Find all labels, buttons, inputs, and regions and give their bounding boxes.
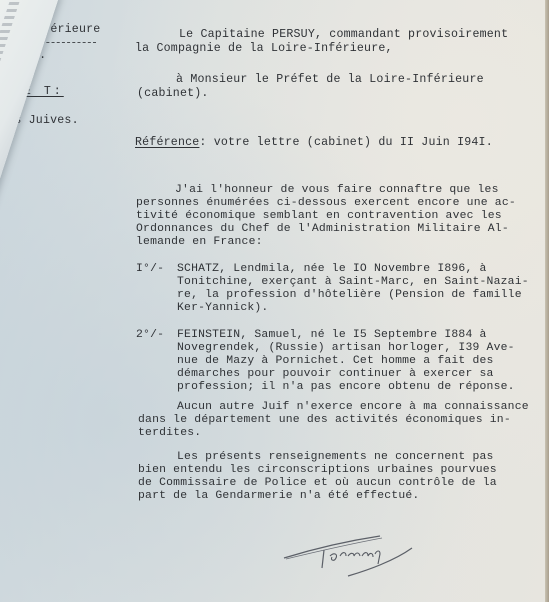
item-2-line-3: nue de Mazy à Pornichet. Cet homme a fai… [177, 355, 494, 367]
item-1-line-1: SCHATZ, Lendmila, née le IO Novembre I89… [177, 263, 487, 275]
item-1-line-2: Tonitchine, exerçant à Saint-Marc, en Sa… [177, 276, 529, 288]
item-1-number: I°/- [136, 263, 164, 275]
reference-line: Référence: votre lettre (cabinet) du II … [135, 137, 493, 149]
item-2-line-5: profession; il n'a pas encore obtenu de … [177, 381, 515, 393]
intro-line-4: Ordonnances du Chef de l'Administration … [136, 223, 509, 235]
recipient-line-2: (cabinet). [137, 88, 209, 100]
paragraph-2-line-1: Aucun autre Juif n'exerce encore à ma co… [177, 401, 529, 413]
paragraph-3-line-4: part de la Gendarmerie n'a été effectué. [138, 490, 419, 502]
recipient-line-1: à Monsieur le Préfet de la Loire-Inférie… [176, 74, 484, 86]
item-1-line-4: Ker-Yannick). [177, 302, 268, 314]
paragraph-3-line-3: de Commissaire de Police et où aucun con… [138, 477, 497, 489]
sender-line-2: la Compagnie de la Loire-Inférieure, [135, 43, 393, 55]
intro-line-1: J'ai l'honneur de vous faire connaftre q… [175, 184, 499, 196]
reference-label: Référence [135, 136, 199, 149]
paragraph-2-line-3: terdites. [138, 427, 201, 439]
item-2-line-1: FEINSTEIN, Samuel, né le I5 Septembre I8… [177, 329, 487, 341]
reference-text: : votre lettre (cabinet) du II Juin I94I… [199, 136, 492, 149]
paragraph-2-line-2: dans le département une des activités éc… [138, 414, 511, 426]
paragraph-3-line-1: Les présents renseignements ne concernen… [177, 451, 494, 463]
item-2-number: 2°/- [136, 329, 164, 341]
item-1-line-3: re, la profession d'hôtelière (Pension d… [177, 289, 522, 301]
sender-line-1: Le Capitaine PERSUY, commandant provisoi… [179, 29, 508, 41]
intro-line-5: lemande en France: [136, 236, 263, 248]
paragraph-3-line-2: bien entendu les circonscriptions urbain… [138, 464, 497, 476]
intro-line-3: tivité économique semblant en contravent… [136, 210, 502, 222]
page-edge [545, 0, 549, 602]
margin-divider [36, 42, 96, 43]
handwritten-signature: Persuy [280, 528, 440, 588]
item-2-line-2: Novegrendek, (Russie) artisan horloger, … [177, 342, 515, 354]
document-page: nférieure 2. J E T: ses Juives. Le Capit… [0, 0, 549, 602]
bleed-through-text [0, 2, 19, 202]
item-2-line-4: démarches pour pouvoir continuer à exerc… [177, 368, 494, 380]
intro-line-2: personnes énumérées ci-dessous exercent … [136, 197, 516, 209]
